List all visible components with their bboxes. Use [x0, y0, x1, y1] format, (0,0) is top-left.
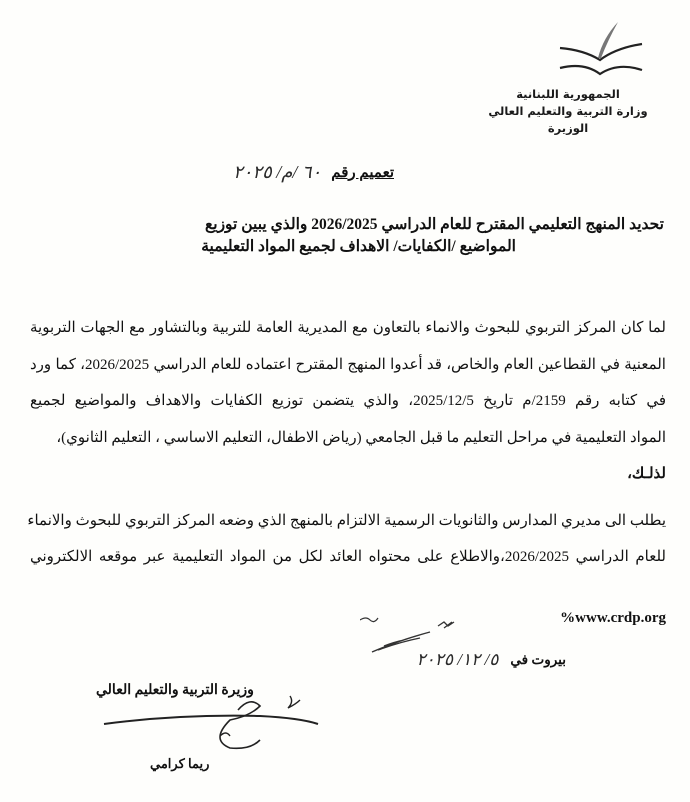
circular-number-line: تعميم رقم ٦٠ /م/ ٢٠٢٥ [233, 162, 394, 183]
date-handwritten: ٥/ ١٢/ ٢٠٢٥ [417, 650, 499, 670]
subject-heading: تحديد المنهج التعليمي المقترح للعام الدر… [194, 214, 664, 258]
circular-label: تعميم رقم [331, 163, 394, 182]
body-line: في كتابه رقم 2159/م تاريخ 2025/12/5، وال… [30, 383, 666, 420]
website-link[interactable]: %www.crdp.org [560, 610, 666, 627]
circular-document: الجمهورية اللبنانية وزارة التربية والتعل… [0, 0, 690, 802]
ministry-name: وزارة التربية والتعليم العالي [468, 103, 668, 120]
subject-line-2: المواضيع /الكفايات/ الاهداف لجميع المواد… [194, 236, 664, 258]
body-line: لما كان المركز التربوي للبحوث والانماء ب… [30, 310, 666, 347]
place-date-line: بيروت في ٥/ ١٢/ ٢٠٢٥ [417, 650, 567, 670]
letter-body: لما كان المركز التربوي للبحوث والانماء ب… [30, 310, 666, 576]
body-line: المواد التعليمية في مراحل التعليم ما قبل… [30, 420, 666, 457]
office-name: الوزيرة [468, 120, 668, 137]
therefore-label: لذلـك، [30, 456, 666, 493]
open-book-feather-icon [556, 18, 656, 80]
country-name: الجمهورية اللبنانية [468, 86, 668, 103]
body-line: يطلب الى مديري المدارس والثانويات الرسمي… [30, 503, 666, 540]
handwritten-signature-icon [100, 690, 320, 780]
place-label: بيروت في [510, 652, 566, 668]
signatory-name: ريما كرامي [150, 756, 209, 772]
letterhead: الجمهورية اللبنانية وزارة التربية والتعل… [468, 86, 668, 137]
subject-line-1: تحديد المنهج التعليمي المقترح للعام الدر… [194, 214, 664, 236]
body-line: المعنية في القطاعين العام والخاص، قد أعد… [30, 347, 666, 384]
circular-number-handwritten: ٦٠ /م/ ٢٠٢٥ [233, 162, 321, 183]
body-line: للعام الدراسي 2026/2025،والاطلاع على محت… [30, 539, 666, 576]
